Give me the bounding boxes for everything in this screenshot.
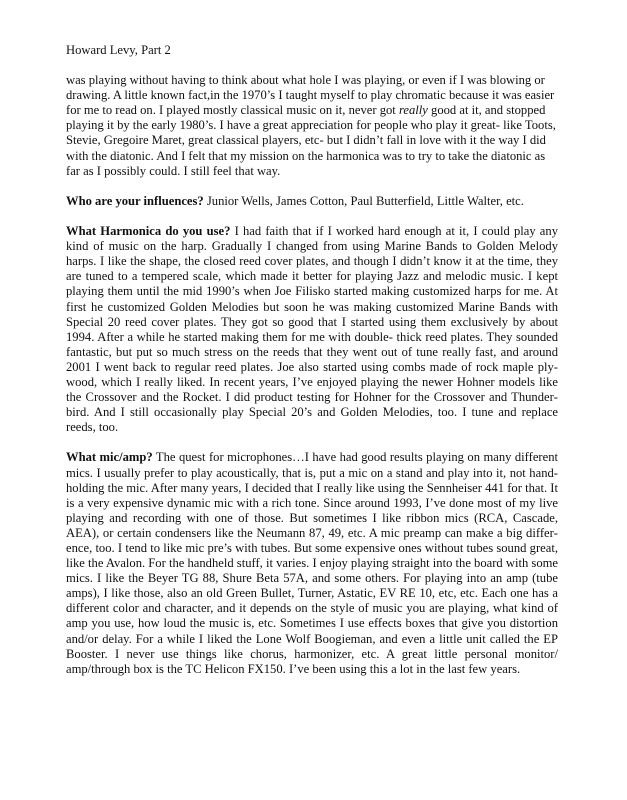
answer-text: I had faith that if I worked hard enough… bbox=[66, 224, 558, 434]
paragraph-continuation: was playing without having to think abou… bbox=[66, 73, 558, 179]
answer-text: The quest for microphones…I have had goo… bbox=[66, 450, 558, 675]
paragraph-harmonica: What Harmonica do you use? I had faith t… bbox=[66, 224, 558, 435]
answer-text: Junior Wells, James Cotton, Paul Butterf… bbox=[204, 194, 524, 208]
document-title: Howard Levy, Part 2 bbox=[66, 43, 558, 58]
emphasis-text: really bbox=[399, 103, 428, 117]
paragraph-mic-amp: What mic/amp? The quest for microphones…… bbox=[66, 450, 558, 676]
question-heading: What mic/amp? bbox=[66, 450, 153, 464]
paragraph-influences: Who are your influences? Junior Wells, J… bbox=[66, 194, 558, 209]
document-page: Howard Levy, Part 2 was playing without … bbox=[66, 43, 558, 692]
question-heading: Who are your influences? bbox=[66, 194, 204, 208]
question-heading: What Harmonica do you use? bbox=[66, 224, 230, 238]
